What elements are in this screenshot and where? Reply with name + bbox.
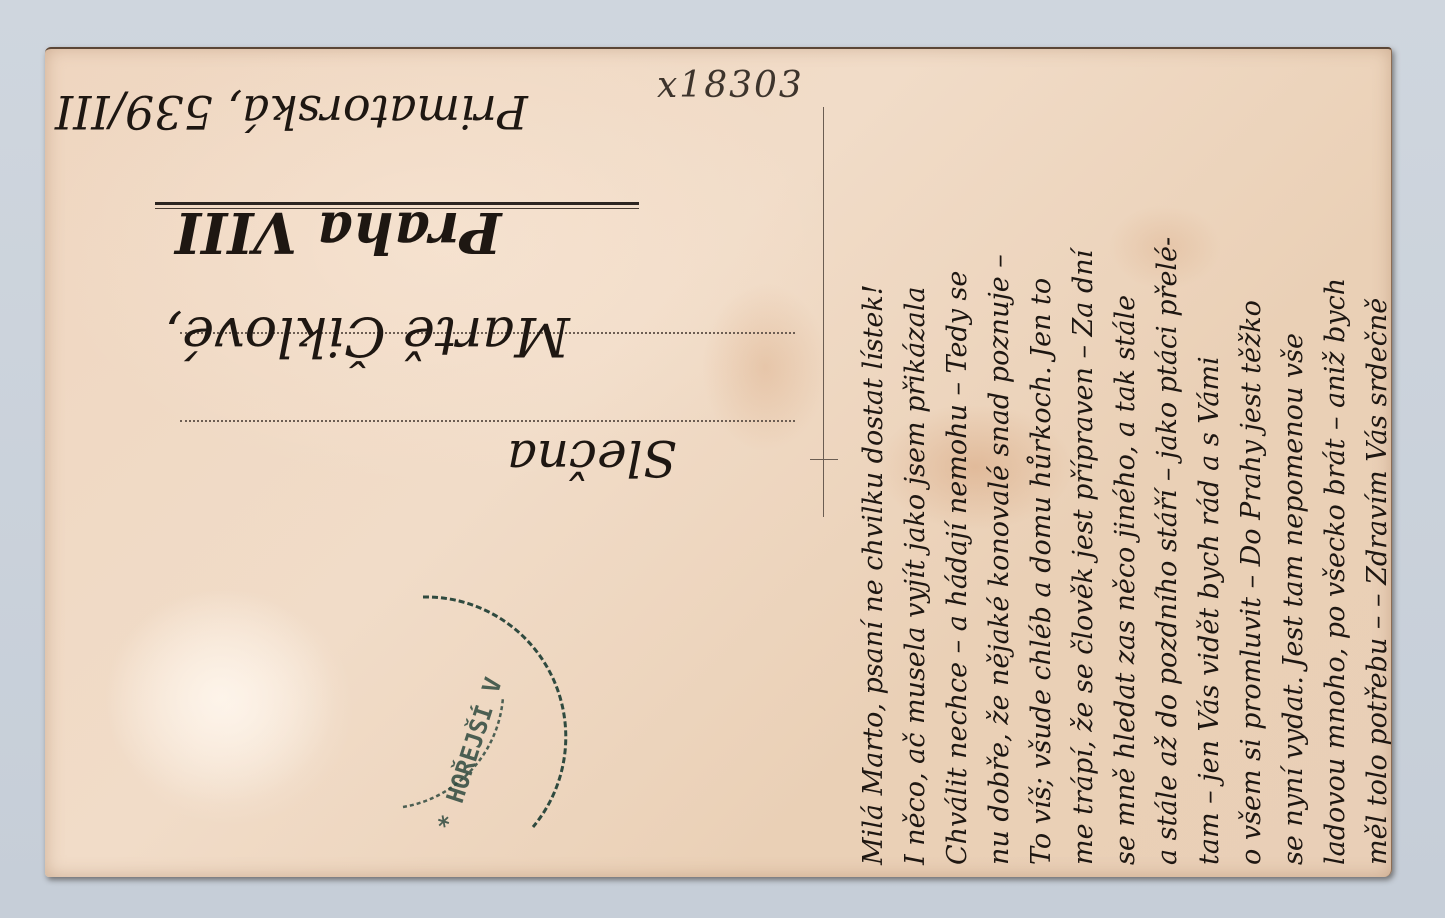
- address-city: Praha VIII: [175, 199, 501, 265]
- svg-text:* HOŘEJŠÍ V: * HOŘEJŠÍ V: [430, 673, 508, 833]
- address-line-thin: [155, 208, 639, 209]
- message-line: nu dobře, že nějaké konovalé snad poznuj…: [984, 254, 1015, 865]
- address-message-divider: [823, 107, 824, 517]
- address-line-dotted-2: [180, 420, 795, 422]
- address-line-dotted-1: [180, 332, 795, 334]
- pencil-catalog-number: x18303: [657, 65, 804, 106]
- message-line: ladovou mnoho, po všecko brát – aniž byc…: [1320, 278, 1351, 865]
- postmark-circle-icon: * HOŘEJŠÍ V: [383, 577, 613, 847]
- message-line: o všem si promluvit – Do Prahy jest těžk…: [1236, 300, 1267, 865]
- paper-tear-stain: [105, 587, 355, 827]
- message-line: a stále až do pozdního stáří – jako ptác…: [1152, 237, 1183, 865]
- divider-tick: [810, 459, 838, 460]
- message-area: Milá Marto, psaní ne chvilku dostat líst…: [840, 65, 1385, 865]
- message-line: Chválit nechce – a hádají nemohu – Tedy …: [942, 271, 973, 865]
- address-line-solid: [155, 202, 639, 205]
- message-line: měl tolo potřebu – – Zdravím Vás srdečně: [1362, 298, 1393, 865]
- message-line: To víš; všude chléb a domu hůrkoch. Jen …: [1026, 278, 1057, 865]
- postmark-stamp: * HOŘEJŠÍ V: [383, 577, 613, 847]
- message-line: tam – jen Vás vidět bych rád a s Vámi: [1194, 356, 1225, 865]
- address-name: Martě Čiklové,: [165, 305, 570, 368]
- postcard: x18303 Primatorská, 539/III Praha VIII M…: [45, 47, 1392, 877]
- message-line: se mně hledat zas něco jiného, a tak stá…: [1110, 295, 1141, 865]
- message-line: I něco, ač musela vyjít jako jsem přikáz…: [900, 287, 931, 865]
- message-line: Milá Marto, psaní ne chvilku dostat líst…: [858, 284, 889, 865]
- message-line: se nyní vydat. Jest tam nepomenou vše: [1278, 333, 1309, 865]
- address-street: Primatorská, 539/III: [55, 85, 528, 139]
- message-line: me trápí, že se člověk jest přípraven – …: [1068, 250, 1099, 865]
- address-salutation: Slečna: [507, 429, 677, 487]
